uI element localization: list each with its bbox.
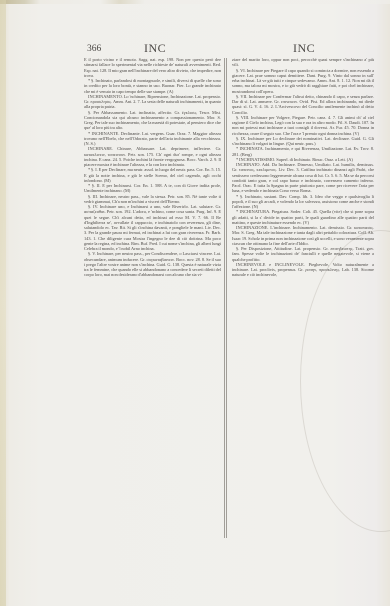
entry-paragraph: §. VII. Inchinare per Confermar l'altrui… <box>232 94 374 115</box>
page-number: 366 <box>87 44 101 54</box>
entry-paragraph: INCHINATO. Add. Da Inchinare. Dimesso, U… <box>232 162 374 194</box>
entry-paragraph: * §. II. E per Inchinarsi. Cor. En. 1. 5… <box>84 183 221 194</box>
right-column: ziare del marito loro, oppur non poci, p… <box>232 57 374 278</box>
running-head-left: INC <box>144 41 166 56</box>
entry-paragraph: §. IX. Inchinare per Lo declinare dei no… <box>232 136 374 147</box>
entry-paragraph: INCHINEVOLE e INCLINEVOLE. Pieghevole, V… <box>232 262 374 278</box>
entry-paragraph: INCHINARE. Chinare, Abbassare. Lat. depr… <box>84 146 221 167</box>
entry-paragraph: ziare del marito loro, oppur non poci, p… <box>232 57 374 68</box>
page-header: 366 INC INC <box>84 41 376 57</box>
entry-paragraph: §. Per Abbassamento. Lat. inclinatio, af… <box>84 110 221 131</box>
entry-paragraph: * §. Inchinato, parlandosi di montagnuol… <box>84 78 221 94</box>
entry-paragraph: §. IV. Inchinare uno, e Inchinarsi a uno… <box>84 204 221 251</box>
entry-paragraph: §. Per Disposizione, Attitudine. Lat. pr… <box>232 246 374 262</box>
entry-paragraph: E il porto vicino e il remoto. Sagg. nat… <box>84 57 221 78</box>
left-column: E il porto vicino e il remoto. Sagg. nat… <box>84 57 221 278</box>
entry-paragraph: INCHINAMENTO. Lo 'nchinare, Riprensione,… <box>84 94 221 110</box>
entry-paragraph: §. III. Inchinare, neutro pass., vale la… <box>84 194 221 205</box>
entry-paragraph: §. VI. Inchinare per Piegare il capo qua… <box>232 68 374 94</box>
entry-paragraph: * INCHINATURA. Piegatura. Soder. Colt. 4… <box>232 209 374 225</box>
scanned-book-page: 366 INC INC E il porto vicino e il remot… <box>0 0 390 606</box>
entry-paragraph: * INCHINATA. Inchinamento, e qui Riveren… <box>232 146 374 157</box>
page-binding-edge <box>0 0 6 606</box>
column-divider <box>224 58 227 538</box>
page-top-edge <box>0 0 390 4</box>
running-head-right: INC <box>293 41 315 56</box>
entry-paragraph: * INCHINANTE. Declinante. Lat. vergens. … <box>84 131 221 147</box>
entry-paragraph: §. V. Inchinare, per neutro pass., per C… <box>84 251 221 277</box>
entry-paragraph: * §. I. E per Declinare, ma neutr. assol… <box>84 167 221 183</box>
entry-paragraph: * §. Inchinato, sustant. Dav. Comp. lib.… <box>232 194 374 210</box>
entry-paragraph: INCHINAZIONE. L'inchinare. Inchinamento.… <box>232 225 374 246</box>
entry-paragraph: §. VIII. Inchinare per Volgere, Piegare.… <box>232 115 374 136</box>
